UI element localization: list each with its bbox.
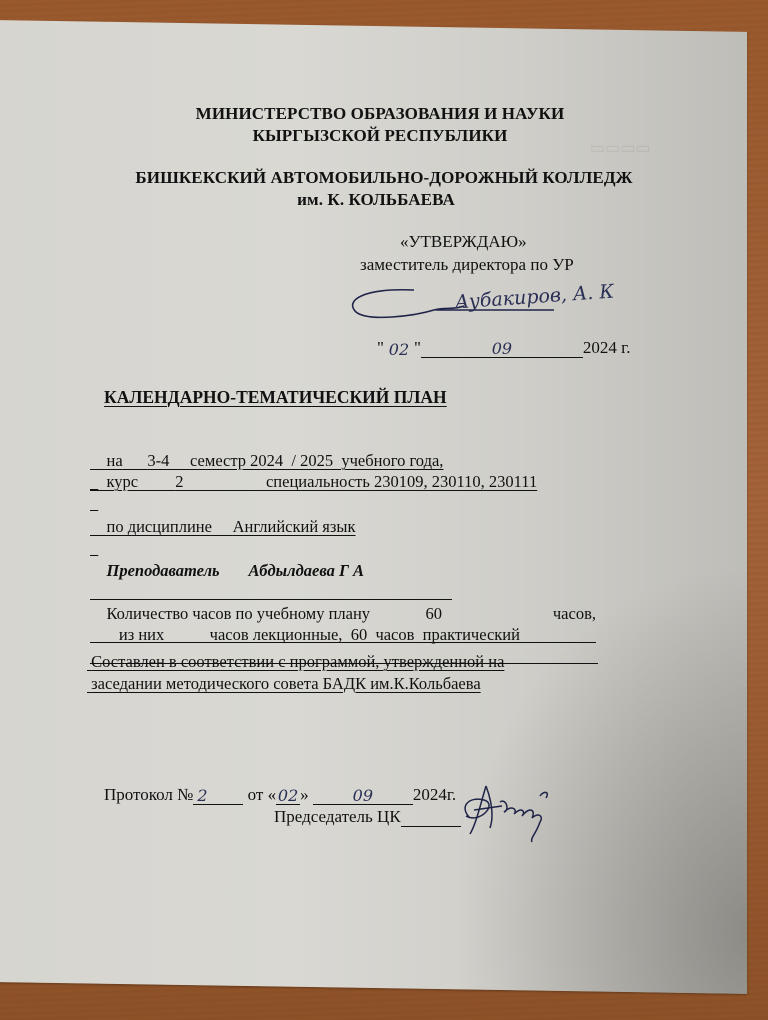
specialty-label: специальность bbox=[266, 472, 370, 491]
chairman-line: Председатель ЦК bbox=[257, 787, 461, 847]
compiled-text-1: Составлен в соответствии с программой, у… bbox=[91, 652, 504, 671]
specialty-codes: 230109, 230110, 230111 bbox=[374, 472, 537, 491]
protocol-label: Протокол № bbox=[104, 785, 193, 804]
approval-position: заместитель директора по УР bbox=[360, 255, 574, 275]
chairman-label: Председатель ЦК bbox=[274, 807, 401, 826]
teacher-label: Преподаватель bbox=[107, 561, 220, 580]
approval-date-year: 2024 г. bbox=[583, 338, 631, 357]
approval-date-day: 02 bbox=[384, 340, 414, 358]
discipline-value: Английский язык bbox=[233, 517, 356, 536]
college-line-1: БИШКЕКСКИЙ АВТОМОБИЛЬНО-ДОРОЖНЫЙ КОЛЛЕДЖ bbox=[0, 168, 768, 188]
ministry-line-1: МИНИСТЕРСТВО ОБРАЗОВАНИЯ И НАУКИ bbox=[0, 104, 764, 124]
approval-date-quote-close: " bbox=[414, 338, 421, 357]
ministry-line-2: КЫРГЫЗСКОЙ РЕСПУБЛИКИ bbox=[0, 126, 764, 146]
document-page: ▭▭▭▭ МИНИСТЕРСТВО ОБРАЗОВАНИЯ И НАУКИ КЫ… bbox=[0, 0, 768, 1020]
discipline-label: по дисциплине bbox=[107, 517, 212, 536]
protocol-number: 2 bbox=[193, 786, 243, 805]
college-line-2: им. К. КОЛЬБАЕВА bbox=[0, 190, 760, 210]
hours-practical-label: часов практический bbox=[375, 625, 520, 644]
hours-lecture-label: часов лекционные, bbox=[210, 625, 343, 644]
approval-title: «УТВЕРЖДАЮ» bbox=[400, 232, 527, 252]
compiled-line-2: заседании методического совета БАДК им.К… bbox=[87, 674, 481, 694]
hours-breakdown-prefix: из них bbox=[119, 625, 164, 644]
teacher-name: Абдылдаева Г А bbox=[248, 561, 364, 580]
plan-title: КАЛЕНДАРНО-ТЕМАТИЧЕСКИЙ ПЛАН bbox=[104, 387, 447, 408]
compiled-text-2: заседании методического совета БАДК им.К… bbox=[91, 674, 481, 693]
chairman-signature bbox=[440, 776, 580, 846]
course-prefix: курс bbox=[107, 472, 139, 491]
approval-date-quote-open: " bbox=[377, 338, 384, 357]
hours-practical-value: 60 bbox=[351, 625, 368, 644]
compiled-line-1: Составлен в соответствии с программой, у… bbox=[87, 652, 504, 672]
approval-date: "02"092024 г. bbox=[360, 318, 630, 378]
approval-date-month: 09 bbox=[421, 339, 583, 358]
